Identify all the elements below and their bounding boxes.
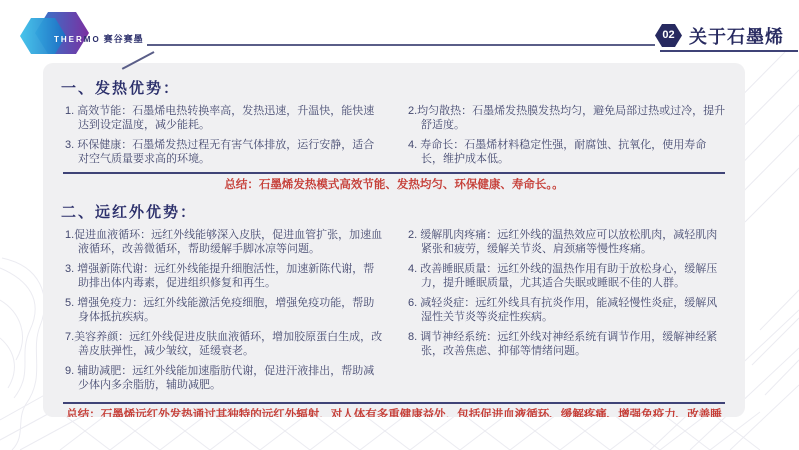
section-1-divider <box>63 172 725 174</box>
title-underline <box>660 50 798 52</box>
advantage-item-ir-8: 8. 调节神经系统：远红外线对神经系统有调节作用，缓解神经紧张，改善焦虑、抑郁等… <box>408 330 727 358</box>
advantage-item-ir-4: 4. 改善睡眠质量：远红外线的温热作用有助于放松身心，缓解压力，提升睡眠质量，尤… <box>408 262 727 290</box>
advantage-item-1: 1. 高效节能：石墨烯电热转换率高，发热迅速，升温快，能快速达到设定温度，减少能… <box>65 104 384 132</box>
advantage-item-ir-1: 1.促进血液循环：远红外线能够深入皮肤，促进血管扩张，加速血液循环，改善微循环，… <box>65 228 384 256</box>
section-1-heading: 一、发热优势： <box>61 77 727 98</box>
advantage-item-ir-6: 6. 减轻炎症：远红外线具有抗炎作用，能减轻慢性炎症，缓解风湿性关节炎等炎症性疾… <box>408 296 727 324</box>
advantage-item-ir-9: 9. 辅助减肥：远红外线能加速脂肪代谢，促进汗液排出，帮助减少体内多余脂肪，辅助… <box>65 364 384 392</box>
section-2-divider <box>63 402 725 404</box>
advantage-item-ir-2: 2. 缓解肌肉疼痛：远红外线的温热效应可以放松肌肉，减轻肌肉紧张和疲劳，缓解关节… <box>408 228 727 256</box>
header-rule <box>147 44 655 46</box>
brand-text-on-logo: THER <box>54 35 84 44</box>
brand-text: THERMO赛谷赛墨 <box>54 32 144 45</box>
page-title: 关于石墨烯 <box>689 23 784 49</box>
section-2-heading: 二、远红外优势： <box>61 201 727 222</box>
advantage-item-2: 2.均匀散热：石墨烯发热膜发热均匀，避免局部过热或过冷，提升舒适度。 <box>408 104 727 132</box>
advantage-item-ir-3: 3. 增强新陈代谢：远红外线能提升细胞活性，加速新陈代谢，帮助排出体内毒素，促进… <box>65 262 384 290</box>
header: THERMO赛谷赛墨 02 关于石墨烯 <box>0 0 799 62</box>
advantage-item-ir-5: 5. 增强免疫力：远红外线能激活免疫细胞，增强免疫功能，帮助身体抵抗疾病。 <box>65 296 384 324</box>
section-1-items: 1. 高效节能：石墨烯电热转换率高，发热迅速，升温快，能快速达到设定温度，减少能… <box>65 104 727 166</box>
section-2-left-column: 1.促进血液循环：远红外线能够深入皮肤，促进血管扩张，加速血液循环，改善微循环，… <box>65 228 384 398</box>
section-2-items: 1.促进血液循环：远红外线能够深入皮肤，促进血管扩张，加速血液循环，改善微循环，… <box>65 228 727 398</box>
section-1-summary: 总结：石墨烯发热模式高效节能、发热均匀、环保健康、寿命长。。 <box>61 178 727 193</box>
section-2-right-column: 2. 缓解肌肉疼痛：远红外线的温热效应可以放松肌肉，减轻肌肉紧张和疲劳，缓解关节… <box>408 228 727 398</box>
brand-text-cn: 赛谷赛墨 <box>104 34 144 44</box>
advantage-item-4: 4. 寿命长：石墨烯材料稳定性强，耐腐蚀、抗氧化，使用寿命长，维护成本低。 <box>408 138 727 166</box>
advantage-item-3: 3. 环保健康：石墨烯发热过程无有害气体排放，运行安静，适合对空气质量要求高的环… <box>65 138 384 166</box>
brand-text-off-logo: MO <box>84 35 101 44</box>
advantage-item-ir-7: 7.美容养颜：远红外线促进皮肤血液循环，增加胶原蛋白生成，改善皮肤弹性，减少皱纹… <box>65 330 384 358</box>
section-number-badge: 02 <box>655 24 682 47</box>
section-2-summary: 总结：石墨烯远红外发热通过其独特的远红外辐射，对人体有多重健康益处，包括促进血液… <box>61 408 727 417</box>
content-card: 一、发热优势： 1. 高效节能：石墨烯电热转换率高，发热迅速，升温快，能快速达到… <box>43 63 745 417</box>
